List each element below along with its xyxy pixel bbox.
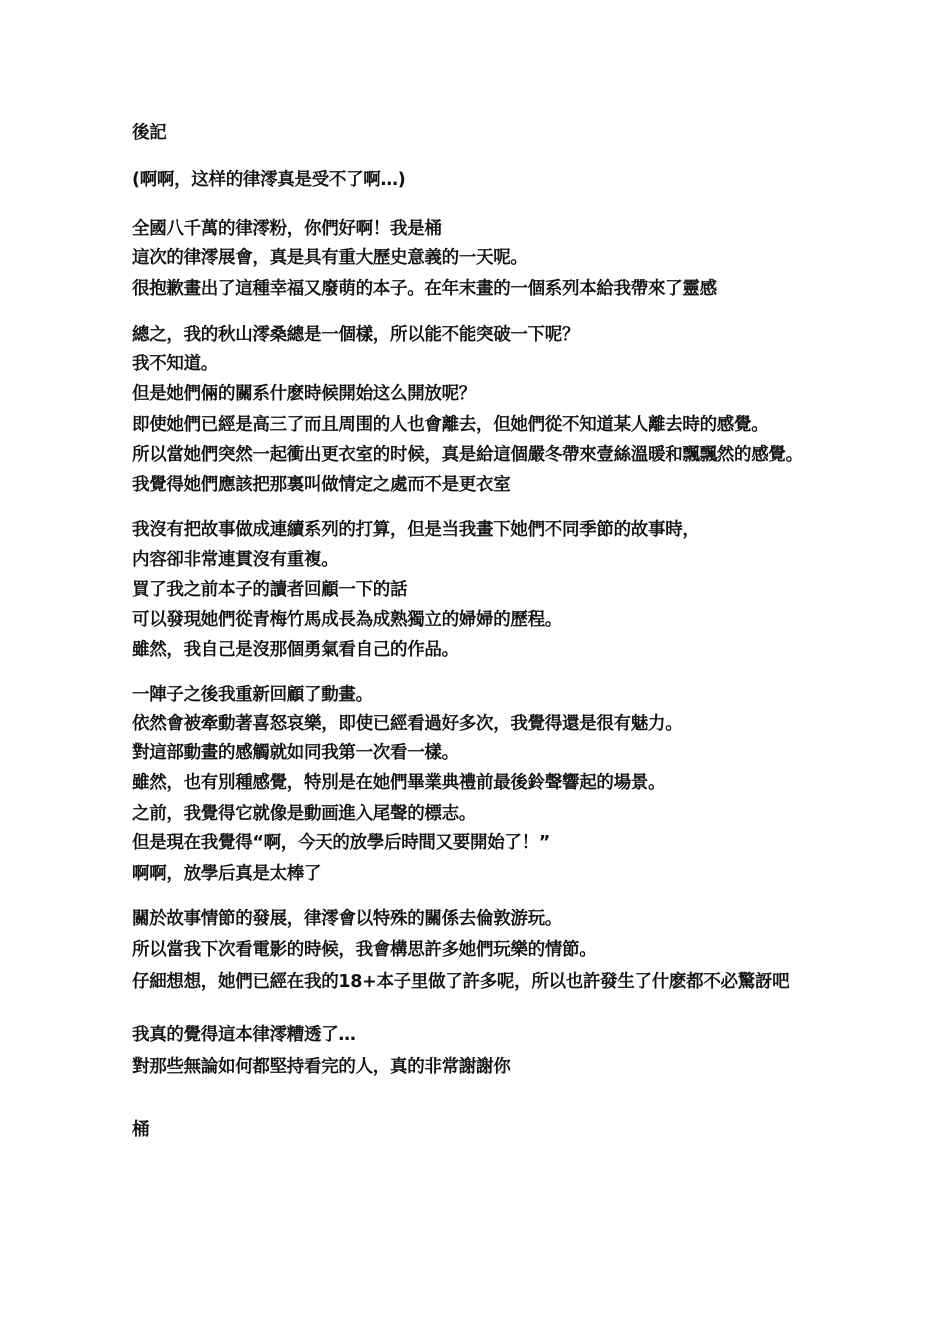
text-line: 所以當她們突然一起衝出更衣室的时候，真是給這個嚴冬帶來壹絲溫暖和飄飄然的感覺。: [132, 444, 803, 466]
text-line: 我沒有把故事做成連續系列的打算，但是当我畫下她們不同季節的故事時，: [132, 519, 700, 541]
text-line: 買了我之前本子的讀者回顧一下的話: [132, 579, 407, 601]
text-line: 但是她們倆的關系什麽時候開始这么開放呢？: [132, 383, 476, 405]
text-line: 一陣子之後我重新回顧了動畫。: [132, 684, 373, 706]
text-line: 内容卻非常連貫沒有重複。: [132, 549, 338, 571]
text-line: 啊啊，放學后真是太棒了: [132, 863, 321, 885]
text-line: 關於故事情節的發展，律澪會以特殊的關係去倫敦游玩。: [132, 908, 562, 930]
text-line: 我不知道。: [132, 353, 218, 375]
text-line: 所以當我下次看電影的時候，我會構思許多她們玩樂的情節。: [132, 939, 596, 961]
text-line: 全國八千萬的律澪粉，你們好啊！我是桶: [132, 218, 442, 240]
text-line: 即使她們已經是高三了而且周围的人也會離去，但她們從不知道某人離去時的感覺。: [132, 414, 768, 436]
text-line: 但是現在我覺得“啊，今天的放學后時間又要開始了！”: [132, 832, 550, 854]
page-title: 後記: [132, 122, 166, 144]
text-line: 很抱歉畫出了這種幸福又廢萌的本子。在年末畫的一個系列本給我帶來了靈感: [132, 278, 717, 300]
text-line: 總之，我的秋山澪桑總是一個樣，所以能不能突破一下呢？: [132, 324, 579, 346]
subtitle: (啊啊，这样的律澪真是受不了啊…): [132, 169, 405, 191]
text-line: 仔細想想，她們已經在我的18+本子里做了許多呢，所以也許發生了什麽都不必驚訝吧: [132, 971, 789, 993]
text-line: 依然會被牽動著喜怒哀樂，即使已經看過好多次，我覺得還是很有魅力。: [132, 713, 682, 735]
text-line: 之前，我覺得它就像是動画進入尾聲的標志。: [132, 803, 476, 825]
signature: 桶: [132, 1119, 149, 1141]
text-line: 我覺得她們應該把那裏叫做情定之處而不是更衣室: [132, 474, 510, 496]
text-line: 我真的覺得這本律澪糟透了…: [132, 1024, 356, 1046]
text-line: 對這部動畫的感觸就如同我第一次看一樣。: [132, 742, 459, 764]
text-line: 這次的律澪展會，真是具有重大歷史意義的一天呢。: [132, 247, 528, 269]
text-line: 雖然，也有別種感覺，特別是在她們畢業典禮前最後鈴聲響起的場景。: [132, 772, 665, 794]
text-line: 可以發現她們從青梅竹馬成長為成熟獨立的婦婦的歷程。: [132, 609, 562, 631]
text-line: 對那些無論如何都堅持看完的人，真的非常謝謝你: [132, 1056, 510, 1078]
text-line: 雖然，我自己是沒那個勇氣看自己的作品。: [132, 639, 459, 661]
